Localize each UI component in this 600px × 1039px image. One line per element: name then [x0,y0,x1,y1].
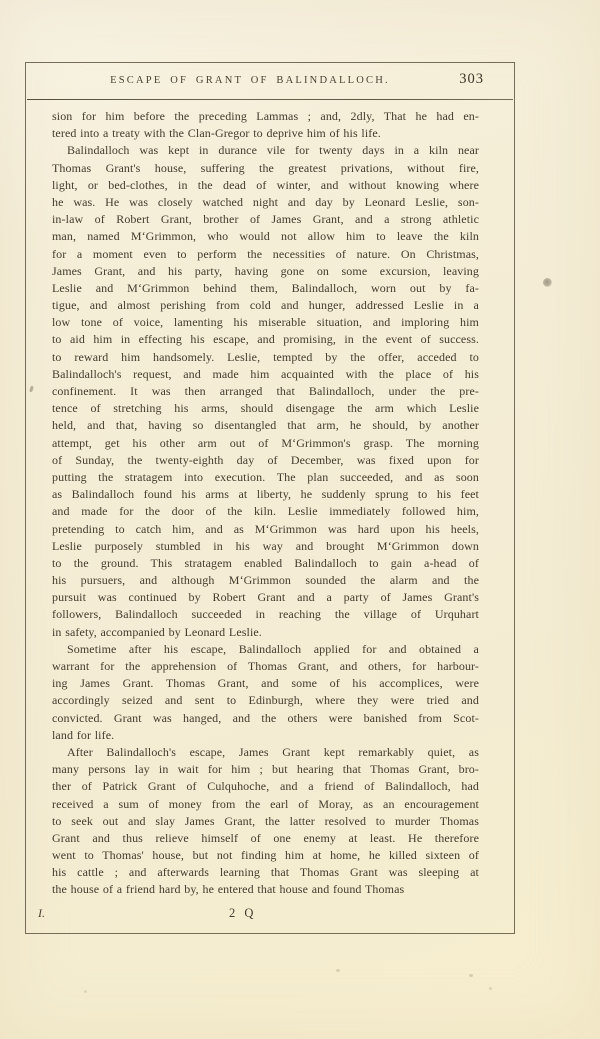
text-line: his pursuers, and although M‘Grimmon sou… [52,572,479,589]
text-line: of Sunday, the twenty-eighth day of Dece… [52,452,479,469]
paper-speck [336,969,340,972]
text-line: Leslie purposely stumbled in his way and… [52,538,479,555]
text-line: as Balindalloch found his arms at libert… [52,486,479,503]
text-line: Balindalloch was kept in durance vile fo… [52,142,479,159]
text-line: pursuit was continued by Robert Grant an… [52,589,479,606]
text-line: in-law of Robert Grant, brother of James… [52,211,479,228]
text-line: and made for the door of the kiln. Lesli… [52,503,479,520]
text-line: the house of a friend hard by, he entere… [52,881,479,898]
text-line: held, and that, having so disentangled t… [52,417,479,434]
text-line: to the ground. This stratagem enabled Ba… [52,555,479,572]
text-line: Leslie and M‘Grimmon behind them, Balind… [52,280,479,297]
text-line: James Grant, and his party, having gone … [52,263,479,280]
text-line: convicted. Grant was hanged, and the oth… [52,710,479,727]
volume-signature: I. [38,906,45,921]
paper-speck [489,987,492,990]
text-line: went to Thomas' house, but not finding h… [52,847,479,864]
text-line: Thomas Grant's house, suffering the grea… [52,160,479,177]
text-line: to aid him in effecting his escape, and … [52,331,479,348]
paper-speck [469,974,473,977]
text-line: putting the stratagem into execution. Th… [52,469,479,486]
text-line: ther of Patrick Grant of Culquhoche, and… [52,778,479,795]
text-line: his cattle ; and afterwards learning tha… [52,864,479,881]
text-line: tigue, and almost perishing from cold an… [52,297,479,314]
text-line: received a sum of money from the earl of… [52,796,479,813]
header-rule [27,99,513,100]
text-line: low tone of voice, lamenting his miserab… [52,314,479,331]
text-line: Grant and thus relieve himself of one en… [52,830,479,847]
text-line: ing James Grant. Thomas Grant, and some … [52,675,479,692]
text-line: for a moment even to perform the necessi… [52,246,479,263]
text-line: warrant for the apprehension of Thomas G… [52,658,479,675]
running-title: ESCAPE OF GRANT OF BALINDALLOCH. [56,75,444,86]
text-line: sion for him before the preceding Lammas… [52,108,479,125]
quire-signature: 2 Q [229,906,256,921]
page-number: 303 [459,71,484,88]
page-border-frame: ESCAPE OF GRANT OF BALINDALLOCH. 303 sio… [25,62,515,934]
text-line: to seek out and slay James Grant, the la… [52,813,479,830]
text-line: many persons lay in wait for him ; but h… [52,761,479,778]
text-line: After Balindalloch's escape, James Grant… [52,744,479,761]
text-line: pretending to catch him, and as M‘Grimmo… [52,521,479,538]
text-line: Balindalloch's request, and made him acq… [52,366,479,383]
scanned-book-page: ESCAPE OF GRANT OF BALINDALLOCH. 303 sio… [0,0,600,1039]
text-line: Sometime after his escape, Balindalloch … [52,641,479,658]
text-line: accordingly seized and sent to Edinburgh… [52,692,479,709]
text-line: attempt, get his other arm out of M‘Grim… [52,435,479,452]
text-line: tence of stretching his arms, should dis… [52,400,479,417]
text-line: light, or bed-clothes, in the dead of wi… [52,177,479,194]
text-line: confinement. It was then arranged that B… [52,383,479,400]
text-line: in safety, accompanied by Leonard Leslie… [52,624,479,641]
text-line: man, named M‘Grimmon, who would not allo… [52,228,479,245]
ink-speck [543,278,552,287]
text-line: he was. He was closely watched night and… [52,194,479,211]
text-line: land for life. [52,727,479,744]
body-text: sion for him before the preceding Lammas… [52,108,479,899]
paper-speck [84,990,87,993]
text-line: followers, Balindalloch succeeded in rea… [52,606,479,623]
text-line: tered into a treaty with the Clan-Gregor… [52,125,479,142]
text-line: to reward him handsomely. Leslie, tempte… [52,349,479,366]
